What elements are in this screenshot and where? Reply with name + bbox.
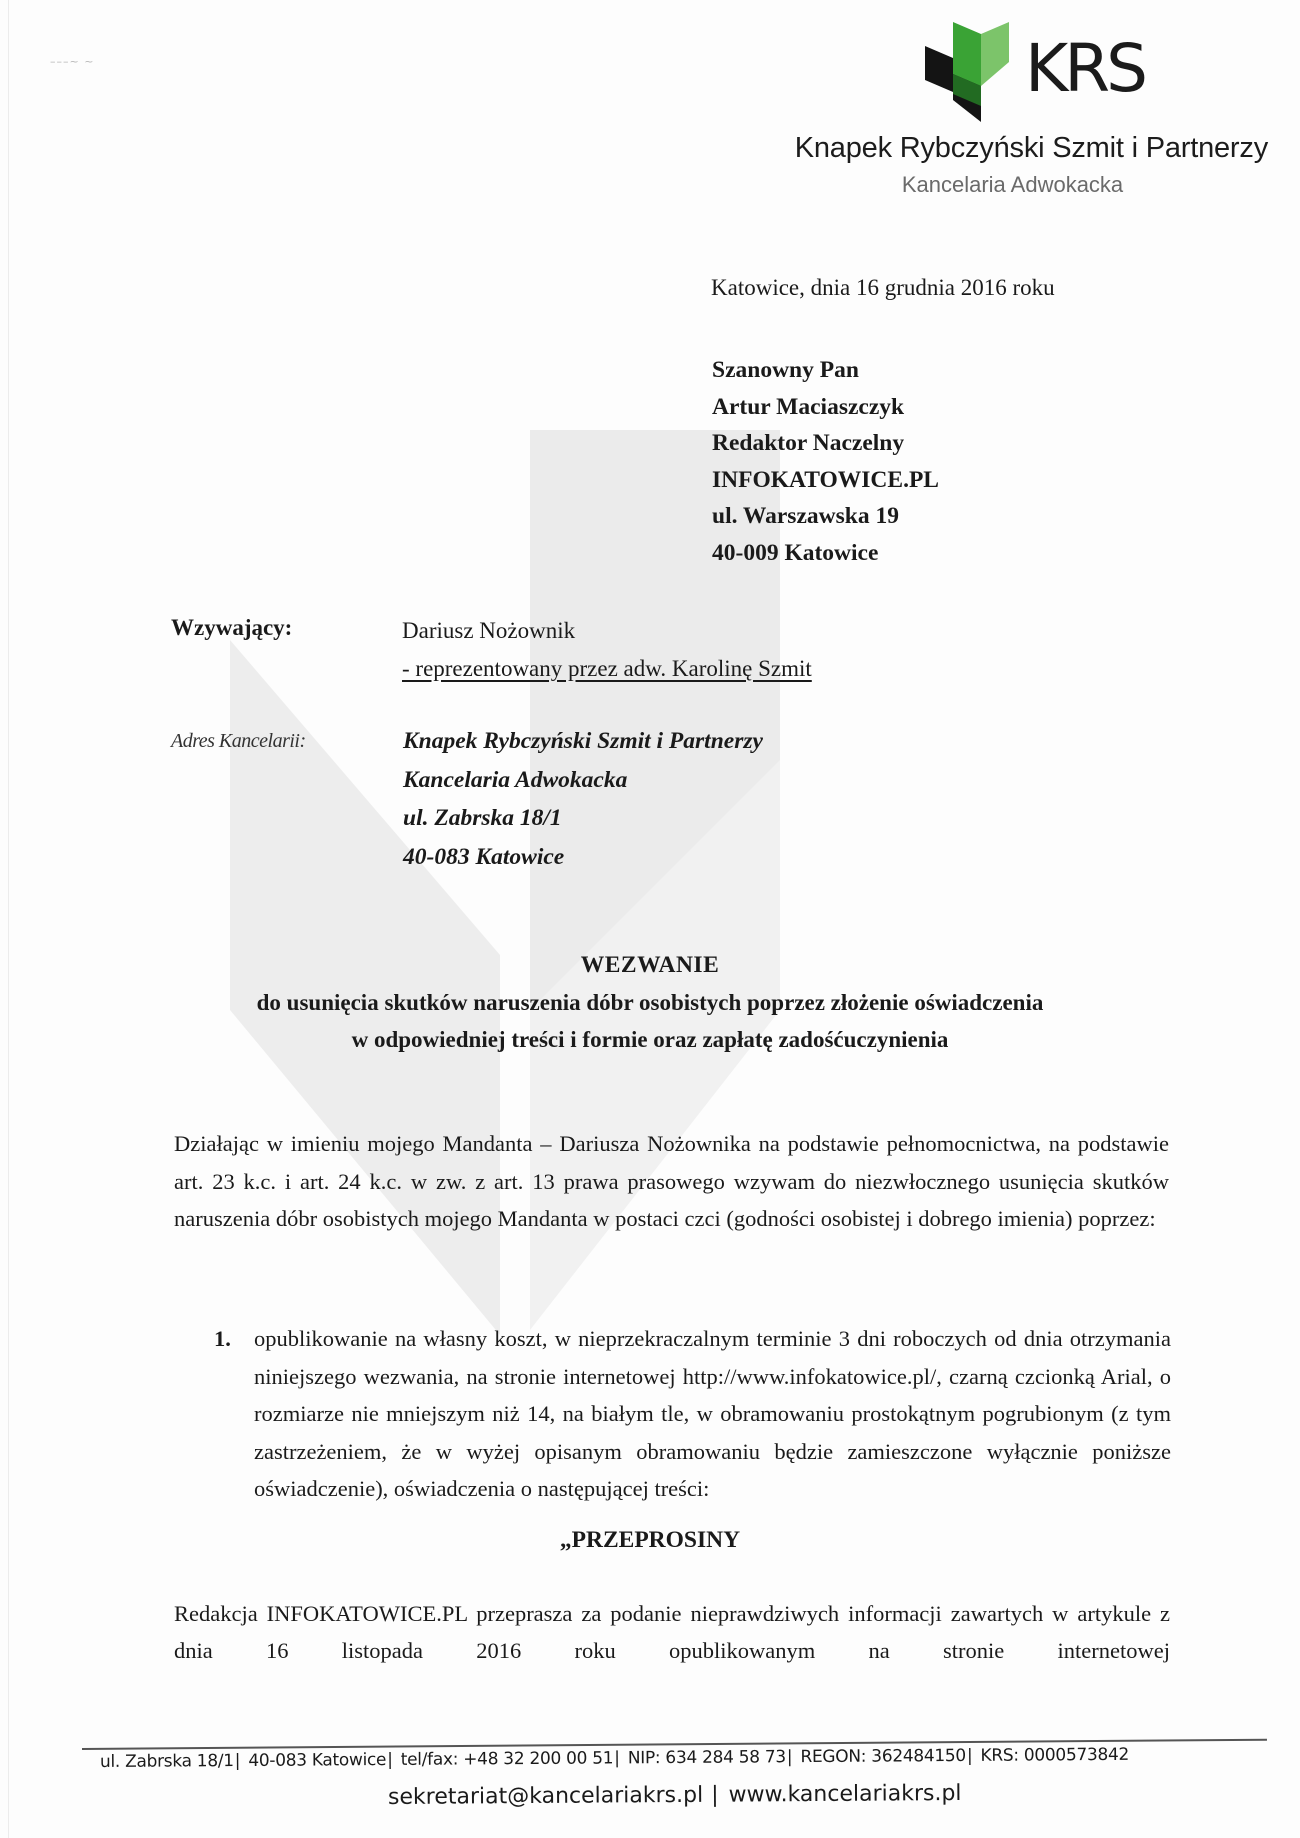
apology-paragraph: Redakcja INFOKATOWICE.PL przeprasza za p… <box>174 1595 1170 1669</box>
recipient-organization: INFOKATOWICE.PL <box>712 462 939 499</box>
caller-label: Wzywający: <box>171 615 292 641</box>
firm-address-label: Adres Kancelarii: <box>171 730 306 753</box>
recipient-block: Szanowny Pan Artur Maciaszczyk Redaktor … <box>712 352 939 571</box>
firm-name: Knapek Rybczyński Szmit i Partnerzy <box>788 132 1268 165</box>
pen-mark: –––~ ~ <box>50 55 94 68</box>
list-item: 1. opublikowanie na własny koszt, w niep… <box>214 1320 1171 1508</box>
recipient-street: ul. Warszawska 19 <box>712 498 939 535</box>
recipient-position: Redaktor Naczelny <box>712 425 939 462</box>
firm-address-city: 40-083 Katowice <box>403 838 763 877</box>
firm-address-name: Knapek Rybczyński Szmit i Partnerzy <box>403 722 763 761</box>
firm-address-block: Knapek Rybczyński Szmit i Partnerzy Kanc… <box>403 722 763 876</box>
footer-nip: NIP: 634 284 58 73 <box>628 1747 786 1768</box>
footer-regon: REGON: 362484150 <box>800 1746 966 1767</box>
recipient-name: Artur Maciaszczyk <box>712 389 939 426</box>
intro-paragraph: Działając w imieniu mojego Mandanta – Da… <box>174 1125 1169 1238</box>
footer-website: www.kancelariakrs.pl <box>728 1781 961 1808</box>
footer-phone: tel/fax: +48 32 200 00 51 <box>401 1748 614 1769</box>
caller-representation: - reprezentowany przez adw. Karolinę Szm… <box>402 650 812 688</box>
footer-address: ul. Zabrska 18/1 <box>100 1751 234 1772</box>
firm-subtitle: Kancelaria Adwokacka <box>880 172 1145 198</box>
list-item-text: opublikowanie na własny koszt, w nieprze… <box>254 1320 1171 1508</box>
footer-email: sekretariat@kancelariakrs.pl <box>388 1783 703 1810</box>
logo-mark-icon <box>925 22 1015 122</box>
caller-block: Dariusz Nożownik - reprezentowany przez … <box>402 612 812 688</box>
date-line: Katowice, dnia 16 grudnia 2016 roku <box>711 275 1055 301</box>
firm-logo: KRS <box>925 22 1155 122</box>
apology-heading: „PRZEPROSINY <box>170 1527 1130 1554</box>
title-main: WEZWANIE <box>170 947 1130 984</box>
list-item-number: 1. <box>214 1320 231 1358</box>
footer-contact-line: ul. Zabrska 18/1| 40-083 Katowice| tel/f… <box>100 1744 1260 1772</box>
title-line-2: do usunięcia skutków naruszenia dóbr oso… <box>170 984 1130 1021</box>
logo-text: KRS <box>1025 36 1144 102</box>
document-title: WEZWANIE do usunięcia skutków naruszenia… <box>170 947 1130 1058</box>
footer-web-line: sekretariat@kancelariakrs.pl | www.kance… <box>388 1781 962 1810</box>
firm-address-type: Kancelaria Adwokacka <box>403 761 763 800</box>
footer-city: 40-083 Katowice <box>248 1750 386 1771</box>
title-line-3: w odpowiedniej treści i formie oraz zapł… <box>170 1021 1130 1058</box>
logo-watermark <box>0 0 1300 1838</box>
caller-name: Dariusz Nożownik <box>402 612 812 650</box>
footer-krs: KRS: 0000573842 <box>980 1745 1129 1766</box>
page-edge <box>8 0 9 1838</box>
recipient-city: 40-009 Katowice <box>712 535 939 572</box>
recipient-salutation: Szanowny Pan <box>712 352 939 389</box>
firm-address-street: ul. Zabrska 18/1 <box>403 799 763 838</box>
